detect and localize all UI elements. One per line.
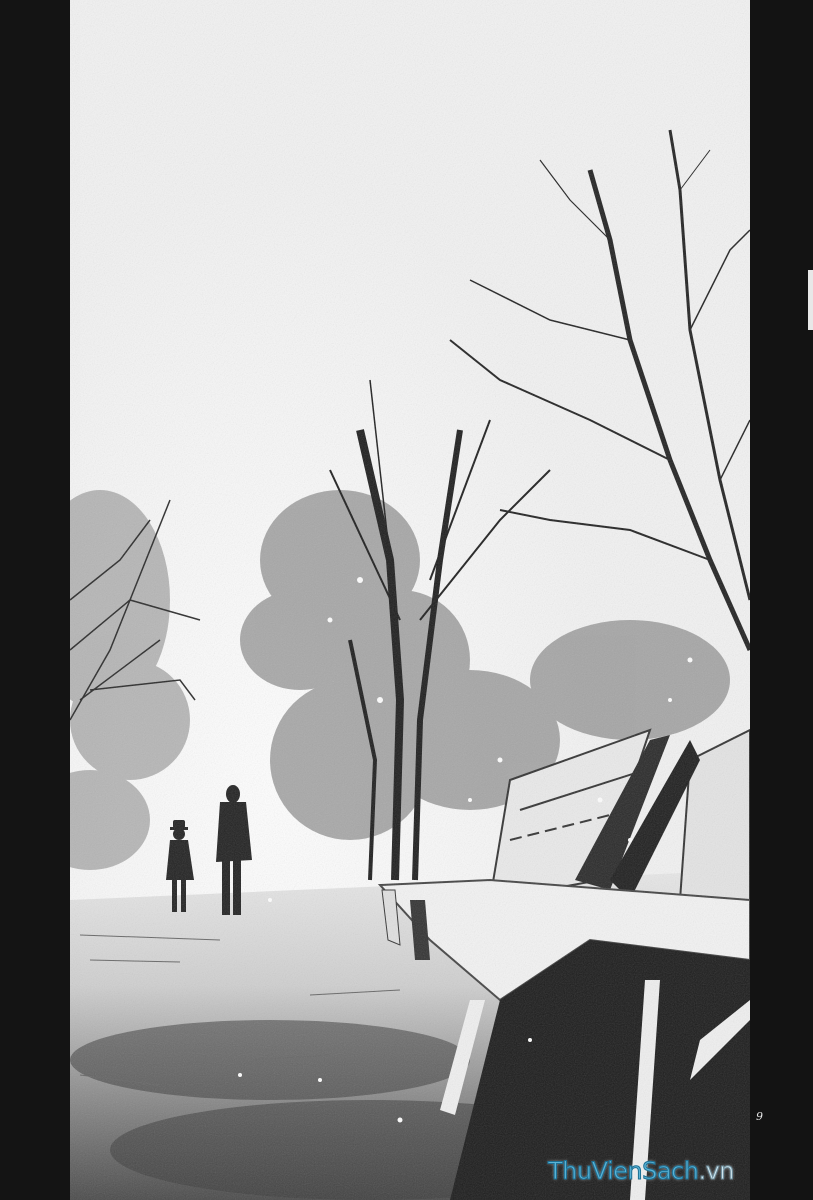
page-number: 9 <box>756 1110 763 1123</box>
page-edge-highlight <box>808 270 813 330</box>
right-page-border <box>750 0 813 1200</box>
illustration-panel <box>70 0 750 1200</box>
watermark-brand: ThuVienSach <box>548 1157 698 1185</box>
paper-grain <box>70 0 750 1200</box>
watermark-domain-suffix: .vn <box>698 1157 734 1185</box>
watermark-logo: ThuVienSach.vn <box>548 1157 734 1185</box>
left-page-border <box>0 0 70 1200</box>
park-scene-illustration <box>70 0 750 1200</box>
